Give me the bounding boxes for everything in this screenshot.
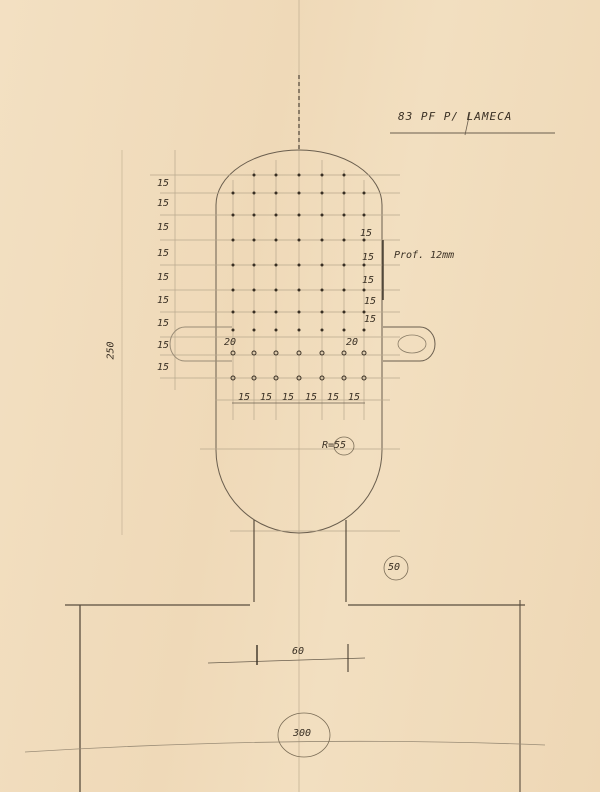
right-spacing: 15 — [360, 228, 372, 239]
column-spacing: 15 — [348, 392, 360, 403]
handle-offset-right: 20 — [346, 337, 358, 348]
row-spacing: 15 — [157, 248, 169, 259]
neck-height-label: 50 — [388, 562, 400, 573]
row-spacing: 15 — [157, 362, 169, 373]
radius-label: R=55 — [322, 440, 346, 451]
column-spacing: 15 — [327, 392, 339, 403]
depth-note: Prof. 12mm — [394, 250, 454, 261]
row-spacing: 15 — [157, 198, 169, 209]
right-spacing: 15 — [364, 314, 376, 325]
row-spacing: 15 — [157, 295, 169, 306]
row-spacing: 15 — [157, 178, 169, 189]
overall-height-label: 250 — [106, 341, 117, 359]
column-spacing: 15 — [305, 392, 317, 403]
column-spacing: 15 — [260, 392, 272, 403]
column-spacing: 15 — [238, 392, 250, 403]
neck-width-label: 60 — [292, 646, 304, 657]
right-spacing: 15 — [364, 296, 376, 307]
base-width-label: 300 — [293, 728, 311, 739]
row-spacing: 15 — [157, 318, 169, 329]
row-spacing: 15 — [157, 222, 169, 233]
right-spacing: 15 — [362, 252, 374, 263]
right-spacing: 15 — [362, 275, 374, 286]
title-note: 83 PF P/ LAMECA — [398, 110, 512, 123]
column-spacing: 15 — [282, 392, 294, 403]
sketch-sheet: 83 PF P/ LAMECA Prof. 12mm 250 R=55 50 6… — [0, 0, 600, 792]
row-spacing: 15 — [157, 340, 169, 351]
handle-offset-left: 20 — [224, 337, 236, 348]
row-spacing: 15 — [157, 272, 169, 283]
